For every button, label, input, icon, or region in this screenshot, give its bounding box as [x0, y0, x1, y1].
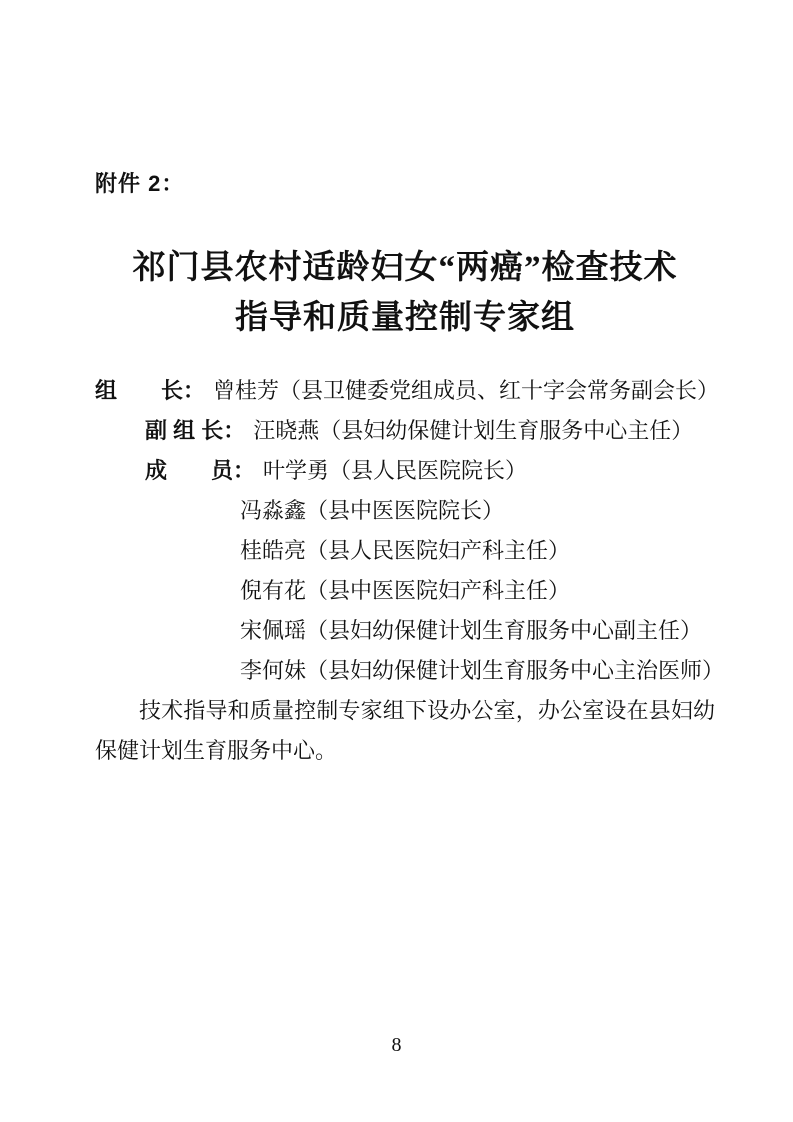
office-note-paragraph: 技术指导和质量控制专家组下设办公室，办公室设在县妇幼保健计划生育服务中心。 — [95, 691, 715, 771]
roster-text-deputy-leader: 汪晓燕（县妇幼保健计划生育服务中心主任） — [253, 418, 693, 443]
roster-row-member-4: 倪有花（县中医医院妇产科主任） — [240, 571, 715, 611]
document-title: 祁门县农村适龄妇女“两癌”检查技术 指导和质量控制专家组 — [95, 243, 715, 343]
roster-text-member-2: 冯淼鑫（县中医医院院长） — [240, 498, 504, 523]
roster-text-member-5: 宋佩瑶（县妇幼保健计划生育服务中心副主任） — [240, 618, 702, 643]
roster-text-member-6: 李何妹（县妇幼保健计划生育服务中心主治医师） — [240, 658, 724, 683]
page-number: 8 — [0, 1032, 793, 1058]
roster-text-leader: 曾桂芳（县卫健委党组成员、红十字会常务副会长） — [213, 378, 719, 403]
role-label-deputy-leader: 副 组 长： — [145, 418, 245, 443]
role-label-members: 成 员： — [145, 458, 255, 483]
roster-row-deputy-leader: 副 组 长：汪晓燕（县妇幼保健计划生育服务中心主任） — [145, 411, 715, 451]
roster-row-leader: 组 长：曾桂芳（县卫健委党组成员、红十字会常务副会长） — [95, 371, 715, 411]
document-title-line2: 指导和质量控制专家组 — [95, 293, 715, 343]
document-title-line1: 祁门县农村适龄妇女“两癌”检查技术 — [95, 243, 715, 293]
roster-row-member-5: 宋佩瑶（县妇幼保健计划生育服务中心副主任） — [240, 611, 715, 651]
roster-text-member-1: 叶学勇（县人民医院院长） — [263, 458, 527, 483]
roster-text-member-4: 倪有花（县中医医院妇产科主任） — [240, 578, 570, 603]
attachment-label: 附件 2： — [95, 170, 715, 198]
role-label-leader: 组 长： — [95, 378, 205, 403]
document-page: 附件 2： 祁门县农村适龄妇女“两癌”检查技术 指导和质量控制专家组 组 长：曾… — [0, 0, 793, 1122]
roster-row-member-6: 李何妹（县妇幼保健计划生育服务中心主治医师） — [240, 651, 715, 691]
roster-row-member-2: 冯淼鑫（县中医医院院长） — [240, 491, 715, 531]
expert-group-roster: 组 长：曾桂芳（县卫健委党组成员、红十字会常务副会长） 副 组 长：汪晓燕（县妇… — [95, 371, 715, 691]
document-content: 附件 2： 祁门县农村适龄妇女“两癌”检查技术 指导和质量控制专家组 组 长：曾… — [0, 0, 793, 771]
roster-text-member-3: 桂皓亮（县人民医院妇产科主任） — [240, 538, 570, 563]
roster-row-member-3: 桂皓亮（县人民医院妇产科主任） — [240, 531, 715, 571]
roster-row-member-1: 成 员：叶学勇（县人民医院院长） — [145, 451, 715, 491]
